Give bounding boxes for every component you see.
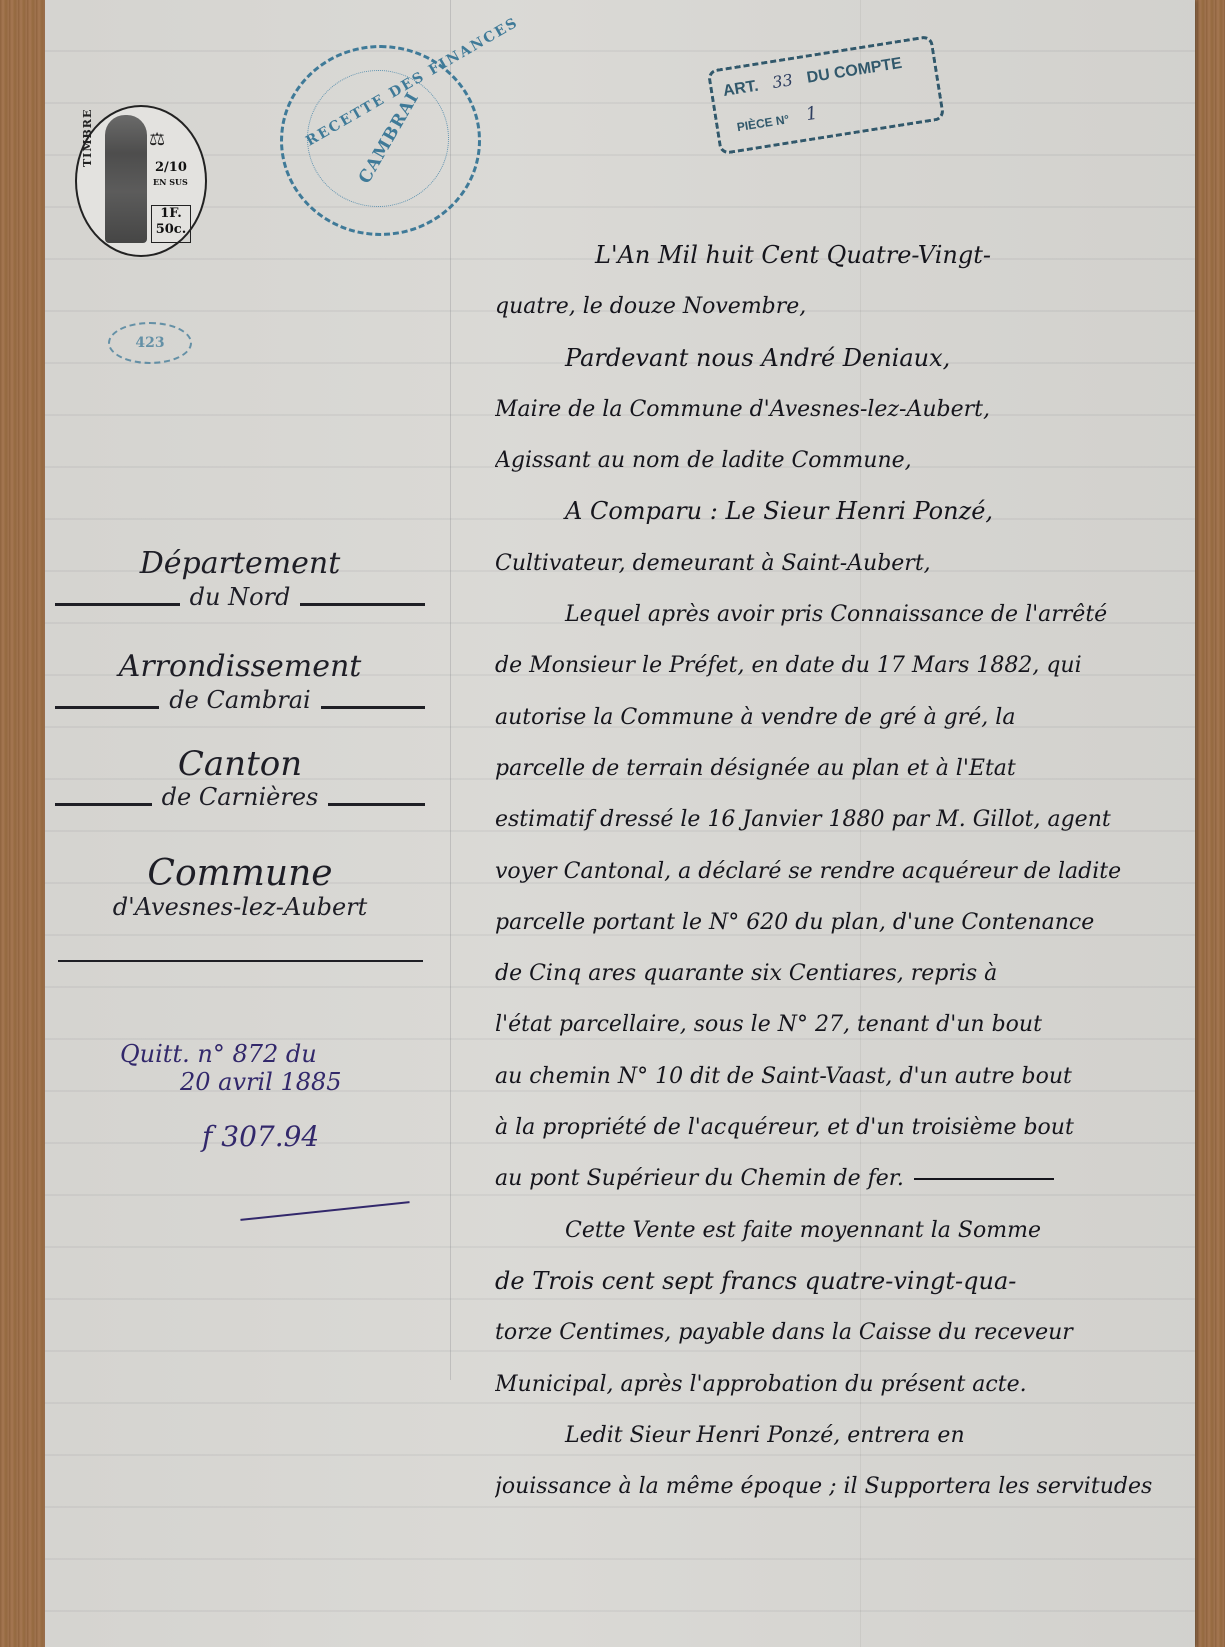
deed-body: L'An Mil huit Cent Quatre-Vingt- quatre,…: [495, 230, 1185, 1512]
body-line: parcelle de terrain désignée au plan et …: [495, 743, 1185, 794]
piece-label: PIÈCE N°: [736, 112, 790, 134]
canton-sub-row: de Carnières: [55, 783, 425, 811]
line-fill-dash: [914, 1178, 1054, 1180]
body-line: autorise la Commune à vendre de gré à gr…: [495, 692, 1185, 743]
timbre-label: TIMBRE: [81, 109, 94, 167]
body-line: au pont Supérieur du Chemin de fer.: [495, 1153, 1185, 1204]
annotation-line-2: 20 avril 1885: [180, 1068, 420, 1096]
body-line: Agissant au nom de ladite Commune,: [495, 435, 1185, 486]
body-line: Cette Vente est faite moyennant la Somme: [495, 1205, 1185, 1256]
departement-title: Département: [55, 545, 425, 583]
margin-departement: Département du Nord: [55, 545, 425, 611]
body-line: l'état parcellaire, sous le N° 27, tenan…: [495, 999, 1185, 1050]
arrondissement-sub: de Cambrai: [159, 686, 320, 714]
timbre-surcharge-label: EN SUS: [153, 177, 188, 187]
recette-finances-stamp: RECETTE DES FINANCES CAMBRAI: [280, 45, 481, 236]
body-line: voyer Cantonal, a déclaré se rendre acqu…: [495, 846, 1185, 897]
body-line: jouissance à la même époque ; il Support…: [495, 1461, 1185, 1512]
timbre-surcharge-fraction: 2/10: [155, 161, 187, 174]
body-line: Cultivateur, demeurant à Saint-Aubert,: [495, 538, 1185, 589]
commune-sub-row: d'Avesnes-lez-Aubert: [55, 893, 425, 921]
rule-right: [300, 603, 425, 606]
canton-title: Canton: [55, 745, 425, 783]
justice-figure-icon: [105, 115, 147, 243]
body-line: Ledit Sieur Henri Ponzé, entrera en: [495, 1410, 1185, 1461]
body-line: à la propriété de l'acquéreur, et d'un t…: [495, 1102, 1185, 1153]
departement-sub-row: du Nord: [55, 583, 425, 611]
margin-canton: Canton de Carnières: [55, 745, 425, 811]
body-line: Pardevant nous André Deniaux,: [495, 333, 1185, 384]
margin-commune: Commune d'Avesnes-lez-Aubert: [55, 855, 425, 921]
fiscal-timbre-stamp: TIMBRE ⚖ 2/10 EN SUS 1F. 50c.: [75, 105, 207, 257]
body-line: Municipal, après l'approbation du présen…: [495, 1359, 1185, 1410]
margin-closing-rule: [58, 960, 423, 962]
canton-sub: de Carnières: [152, 783, 329, 811]
body-line: Maire de la Commune d'Avesnes-lez-Aubert…: [495, 384, 1185, 435]
body-line: A Comparu : Le Sieur Henri Ponzé,: [495, 486, 1185, 537]
body-line: estimatif dressé le 16 Janvier 1880 par …: [495, 794, 1185, 845]
arrondissement-sub-row: de Cambrai: [55, 686, 425, 714]
rule-left: [55, 603, 180, 606]
scales-icon: ⚖: [149, 129, 165, 150]
timbre-price-centimes: 50c.: [152, 222, 190, 238]
piece-number: 1: [804, 103, 819, 126]
body-line-text: au pont Supérieur du Chemin de fer.: [495, 1166, 904, 1191]
arrondissement-title: Arrondissement: [55, 648, 425, 686]
commune-sub: d'Avesnes-lez-Aubert: [103, 893, 378, 921]
body-line: de Cinq ares quarante six Centiares, rep…: [495, 948, 1185, 999]
art-number: 33: [771, 70, 794, 92]
rule-right: [328, 803, 425, 806]
du-compte-label: DU COMPTE: [806, 55, 903, 87]
body-line: de Trois cent sept francs quatre-vingt-q…: [495, 1256, 1185, 1307]
departement-sub: du Nord: [180, 583, 301, 611]
receipt-annotation: Quitt. n° 872 du 20 avril 1885 f 307.94: [120, 1040, 420, 1153]
body-line: L'An Mil huit Cent Quatre-Vingt-: [495, 230, 1185, 281]
body-line: quatre, le douze Novembre,: [495, 281, 1185, 332]
body-line: Lequel après avoir pris Connaissance de …: [495, 589, 1185, 640]
number-stamp: 423: [108, 322, 192, 364]
annotation-amount: f 307.94: [202, 1120, 420, 1153]
commune-title: Commune: [55, 855, 425, 893]
rule-left: [55, 706, 159, 709]
timbre-price: 1F. 50c.: [151, 205, 191, 243]
body-line: au chemin N° 10 dit de Saint-Vaast, d'un…: [495, 1051, 1185, 1102]
timbre-price-francs: 1F.: [152, 206, 190, 222]
body-line: de Monsieur le Préfet, en date du 17 Mar…: [495, 640, 1185, 691]
piece-line: PIÈCE N° 1: [735, 103, 819, 137]
rule-left: [55, 803, 152, 806]
rule-right: [321, 706, 425, 709]
body-line: parcelle portant le N° 620 du plan, d'un…: [495, 897, 1185, 948]
annotation-line-1: Quitt. n° 872 du: [120, 1040, 420, 1068]
art-label: ART.: [722, 78, 760, 100]
margin-arrondissement: Arrondissement de Cambrai: [55, 648, 425, 714]
body-line: torze Centimes, payable dans la Caisse d…: [495, 1307, 1185, 1358]
